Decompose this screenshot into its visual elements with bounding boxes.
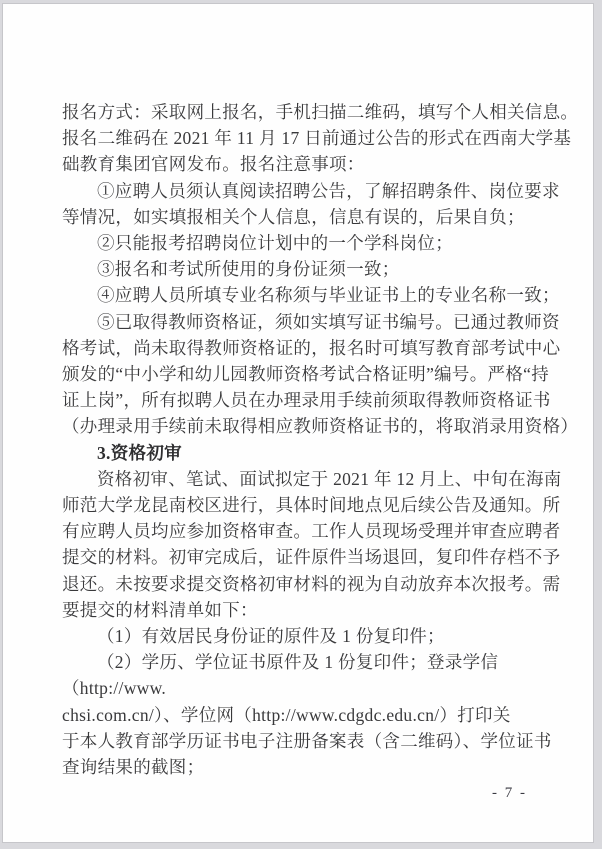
text-line: 颁发的“中小学和幼儿园教师资格考试合格证明”编号。严格“持 [62, 361, 548, 387]
text-line: （http://www. [62, 675, 548, 701]
text-line: 于本人教育部学历证书电子注册备案表（含二维码）、学位证书 [62, 728, 548, 754]
text-line: （1）有效居民身份证的原件及 1 份复印件； [62, 623, 548, 649]
text-line: 报名二维码在 2021 年 11 月 17 日前通过公告的形式在西南大学基 [62, 125, 548, 151]
page-number: - 7 - [492, 785, 527, 802]
text-line: ③报名和考试所使用的身份证须一致； [62, 256, 548, 282]
text-line: 查询结果的截图； [62, 754, 548, 780]
text-line: 有应聘人员均应参加资格审查。工作人员现场受理并审查应聘者 [62, 518, 548, 544]
text-line: ⑤已取得教师资格证，须如实填写证书编号。已通过教师资 [62, 309, 548, 335]
text-line: 要提交的材料清单如下： [62, 597, 548, 623]
text-line: 等情况，如实填报相关个人信息，信息有误的，后果自负； [62, 204, 548, 230]
text-line: 资格初审、笔试、面试拟定于 2021 年 12 月上、中旬在海南 [62, 466, 548, 492]
text-line: chsi.com.cn/）、学位网（http://www.cdgdc.edu.c… [62, 702, 548, 728]
scan-page: 报名方式：采取网上报名，手机扫描二维码，填写个人相关信息。报名二维码在 2021… [2, 3, 594, 843]
text-line: ②只能报考招聘岗位计划中的一个学科岗位； [62, 230, 548, 256]
text-line: （2）学历、学位证书原件及 1 份复印件；登录学信 [62, 649, 548, 675]
text-line: 师范大学龙昆南校区进行，具体时间地点见后续公告及通知。所 [62, 492, 548, 518]
text-line: 格考试，尚未取得教师资格证的，报名时可填写教育部考试中心 [62, 335, 548, 361]
document-text: 报名方式：采取网上报名，手机扫描二维码，填写个人相关信息。报名二维码在 2021… [62, 99, 548, 780]
text-line: 报名方式：采取网上报名，手机扫描二维码，填写个人相关信息。 [62, 99, 548, 125]
text-line: 提交的材料。初审完成后，证件原件当场退回，复印件存档不予 [62, 544, 548, 570]
text-line: 证上岗”，所有拟聘人员在办理录用手续前须取得教师资格证书 [62, 387, 548, 413]
text-line: ①应聘人员须认真阅读招聘公告，了解招聘条件、岗位要求 [62, 178, 548, 204]
text-line: ④应聘人员所填专业名称须与毕业证书上的专业名称一致； [62, 282, 548, 308]
text-line: 础教育集团官网发布。报名注意事项： [62, 151, 548, 177]
text-line: （办理录用手续前未取得相应教师资格证书的，将取消录用资格） [62, 413, 548, 439]
section-heading: 3.资格初审 [62, 440, 548, 466]
text-line: 退还。未按要求提交资格初审材料的视为自动放弃本次报考。需 [62, 571, 548, 597]
